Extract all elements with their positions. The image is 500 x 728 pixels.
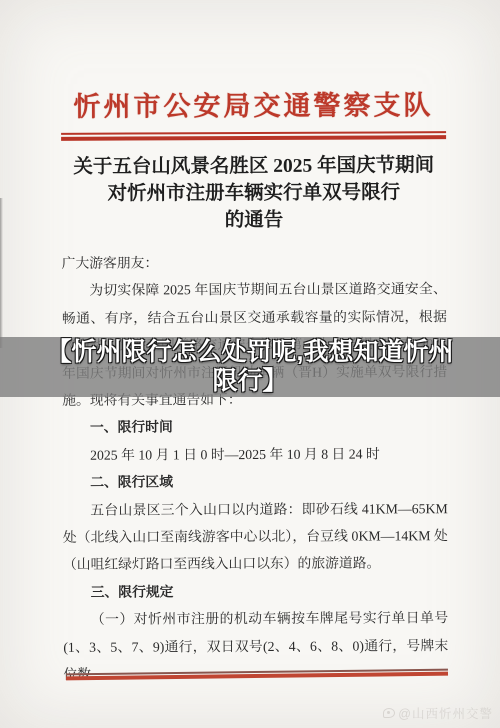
caption-line-2: 限行】: [212, 367, 287, 396]
weibo-camera-icon: [383, 708, 395, 718]
notice-title-line-2: 对忻州市注册车辆实行单双号限行: [61, 179, 446, 208]
watermark: @山西忻州交警: [383, 704, 493, 722]
notice-title-line-1: 关于五台山风景名胜区 2025 年国庆节期间: [61, 152, 446, 181]
caption-line-1: 【忻州限行怎么处罚呢,我想知道忻州: [47, 338, 454, 367]
notice-title: 关于五台山风景名胜区 2025 年国庆节期间 对忻州市注册车辆实行单双号限行 的…: [61, 152, 446, 235]
notice-photo: 忻州市公安局交通警察支队 关于五台山风景名胜区 2025 年国庆节期间 对忻州市…: [0, 0, 500, 728]
agency-header: 忻州市公安局交通警察支队: [61, 83, 446, 124]
section-3-heading: 三、限行规定: [63, 577, 448, 606]
section-1-body: 2025 年 10 月 1 日 0 时—2025 年 10 月 8 日 24 时: [62, 440, 447, 469]
header-divider-thick-line: [61, 135, 446, 141]
watermark-text: @山西忻州交警: [398, 704, 493, 722]
section-2-heading: 二、限行区域: [63, 467, 448, 496]
section-1-heading: 一、限行时间: [62, 413, 447, 442]
section-2-body: 五台山景区三个入山口以内道路：即砂石线 41KM—65KM 处（北线入山口至南线…: [63, 495, 448, 579]
salutation: 广大游客朋友：: [62, 248, 447, 277]
caption-overlay-band: 【忻州限行怎么处罚呢,我想知道忻州 限行】: [0, 337, 500, 397]
paper-edge-shadow: [0, 198, 3, 348]
notice-title-line-3: 的通告: [61, 206, 446, 235]
header-divider: [61, 131, 446, 141]
